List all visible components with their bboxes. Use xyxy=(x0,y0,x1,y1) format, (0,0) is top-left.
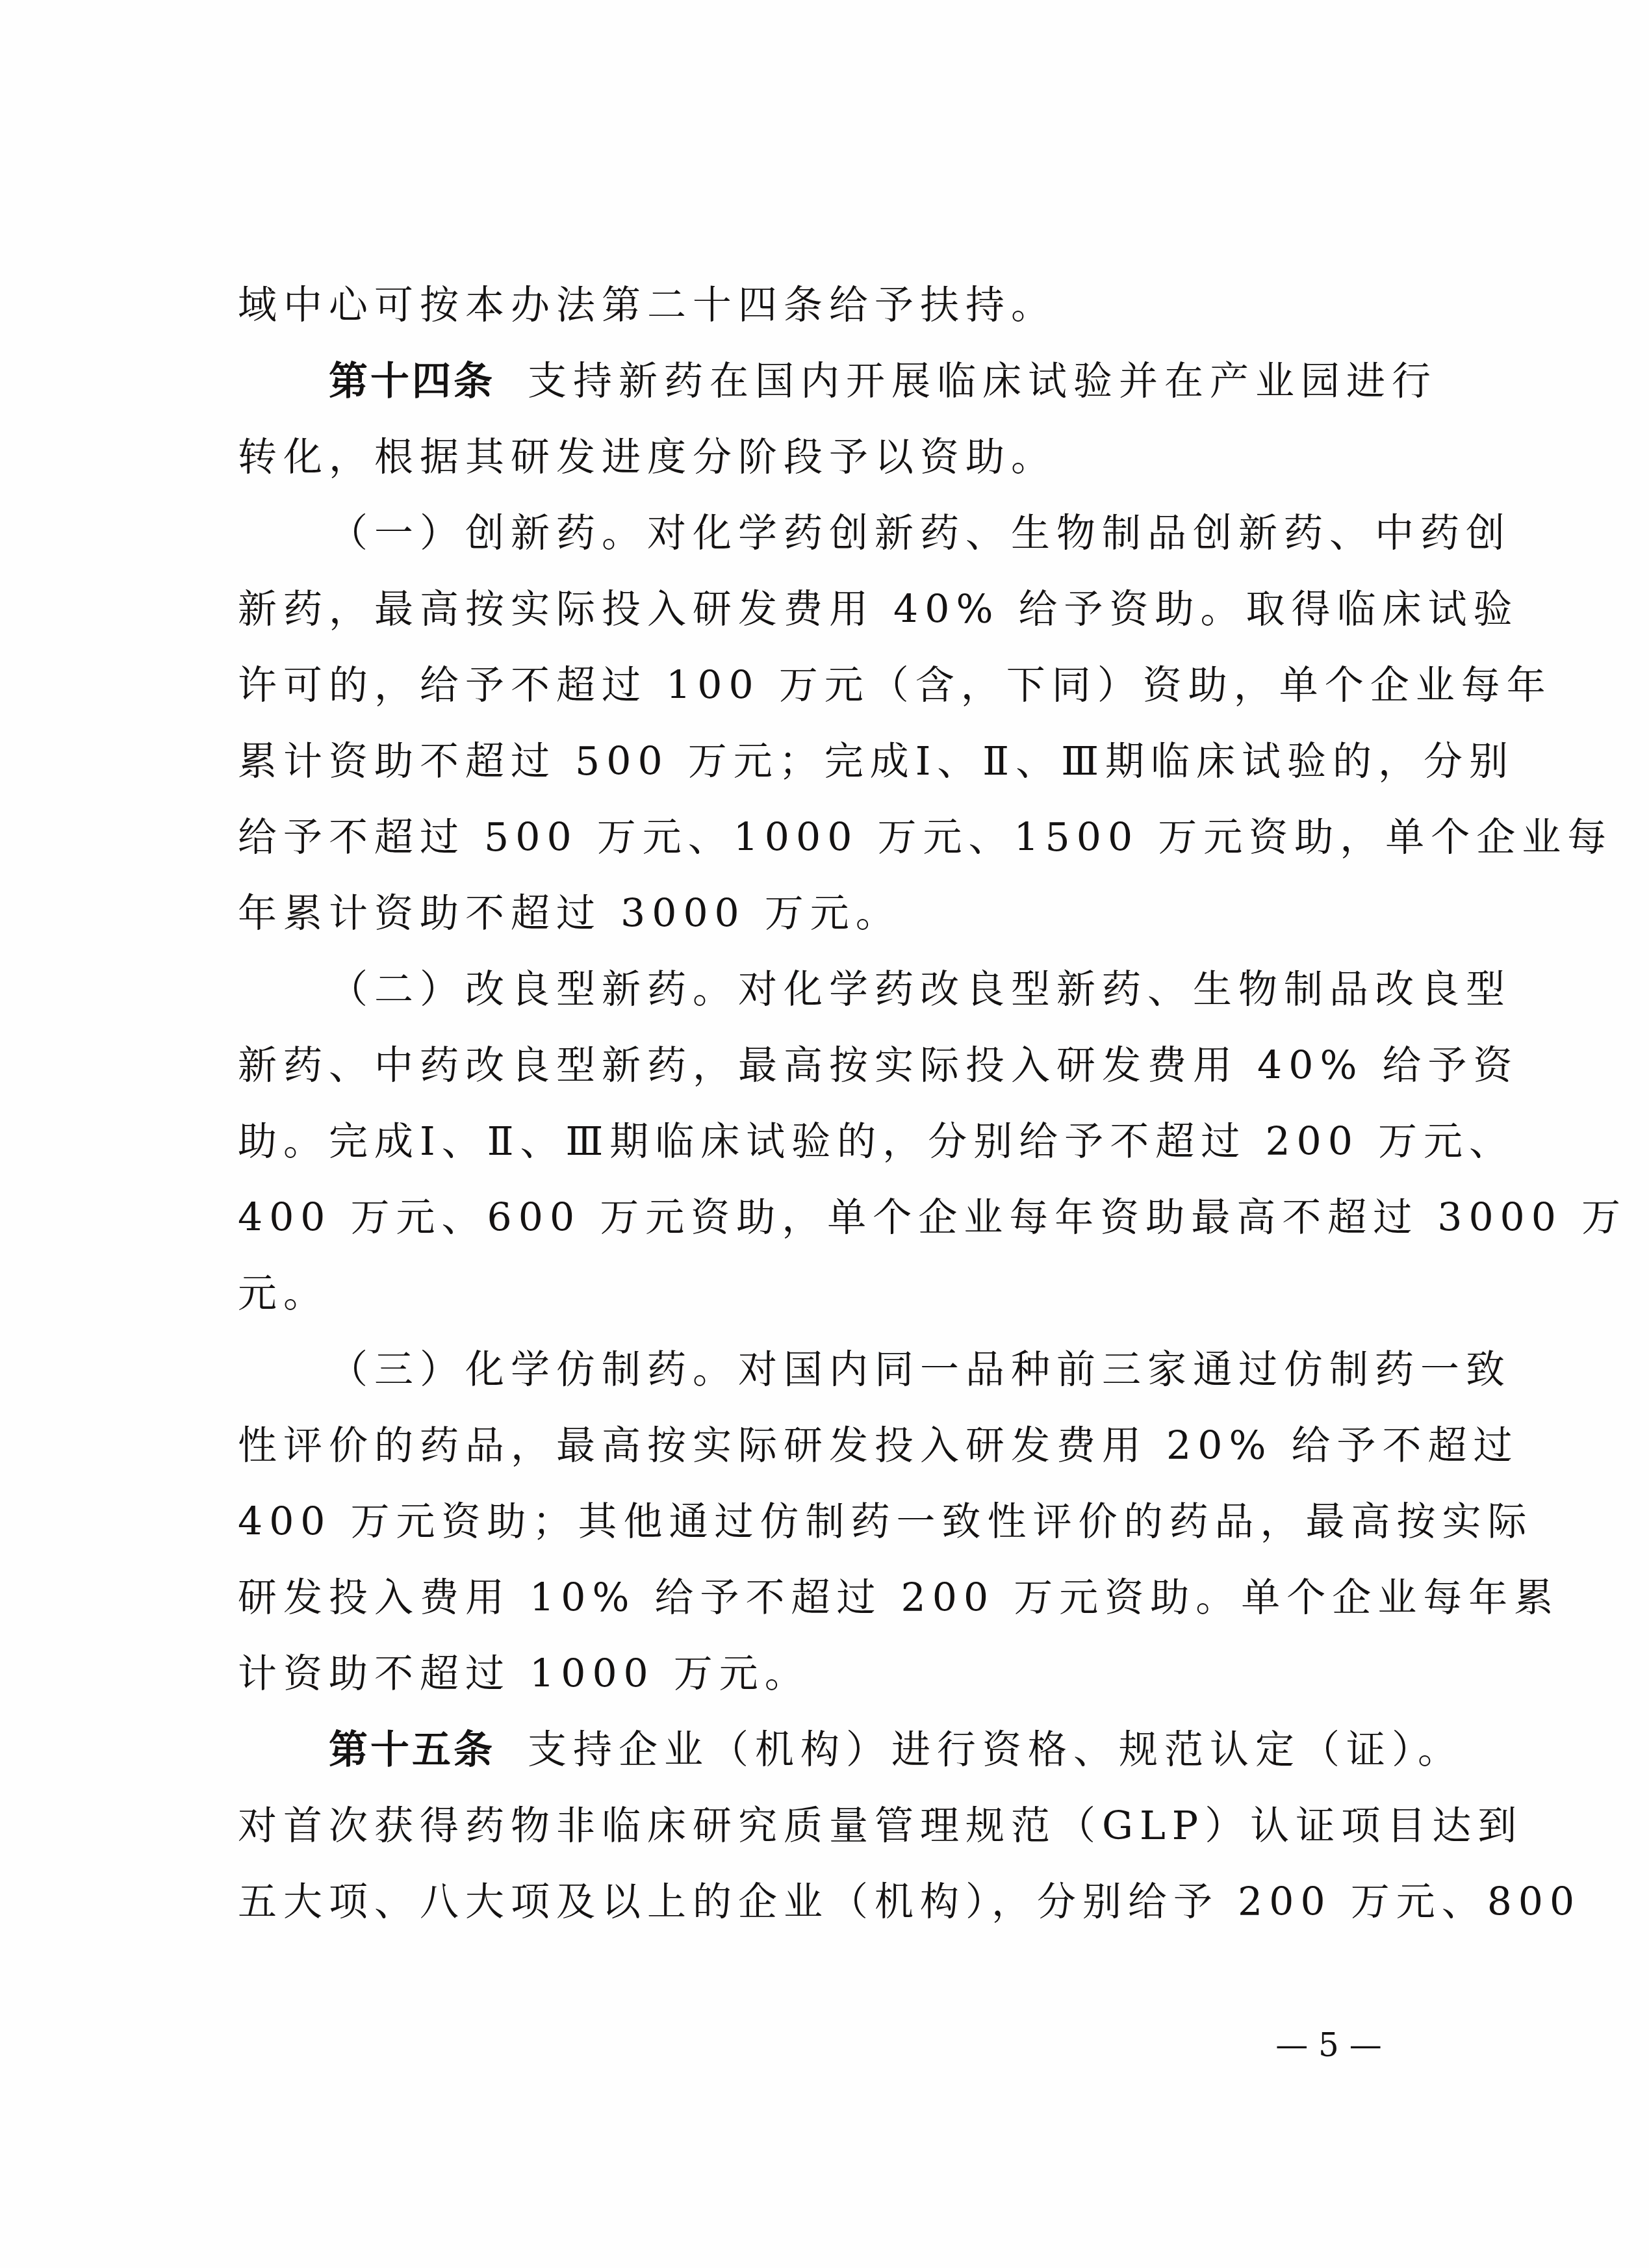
text-line: 研发投入费用 10% 给予不超过 200 万元资助。单个企业每年累 xyxy=(238,1560,1433,1636)
article-14-heading-line: 第十四条支持新药在国内开展临床试验并在产业园进行 xyxy=(238,344,1433,420)
clause-1-line: （一）创新药。对化学药创新药、生物制品创新药、中药创 xyxy=(238,496,1433,572)
line-text: 五大项、八大项及以上的企业（机构），分别给予 200 万元、800 xyxy=(238,1879,1581,1925)
body-text: 域中心可按本办法第二十四条给予扶持。 第十四条支持新药在国内开展临床试验并在产业… xyxy=(238,268,1433,1940)
line-text: 给予不超过 500 万元、1000 万元、1500 万元资助，单个企业每 xyxy=(238,815,1613,860)
line-text: 年累计资助不超过 3000 万元。 xyxy=(238,891,901,936)
line-text: 支持新药在国内开展临床试验并在产业园进行 xyxy=(528,359,1437,404)
text-line: 域中心可按本办法第二十四条给予扶持。 xyxy=(238,268,1433,344)
text-line: 转化，根据其研发进度分阶段予以资助。 xyxy=(238,420,1433,496)
line-text: 计资助不超过 1000 万元。 xyxy=(238,1651,810,1697)
text-line: 400 万元、600 万元资助，单个企业每年资助最高不超过 3000 万 xyxy=(238,1180,1433,1256)
text-line: 累计资助不超过 500 万元；完成Ⅰ、Ⅱ、Ⅲ期临床试验的，分别 xyxy=(238,724,1433,800)
line-text: 许可的，给予不超过 100 万元（含，下同）资助，单个企业每年 xyxy=(238,663,1552,708)
text-line: 五大项、八大项及以上的企业（机构），分别给予 200 万元、800 xyxy=(238,1864,1433,1940)
text-line: 性评价的药品，最高按实际研发投入研发费用 20% 给予不超过 xyxy=(238,1408,1433,1484)
line-text: 400 万元资助；其他通过仿制药一致性评价的药品，最高按实际 xyxy=(238,1499,1533,1545)
article-15-heading-line: 第十五条支持企业（机构）进行资格、规范认定（证）。 xyxy=(238,1712,1433,1788)
article-number: 第十五条 xyxy=(329,1727,495,1773)
line-text: 域中心可按本办法第二十四条给予扶持。 xyxy=(238,283,1056,328)
clause-3-line: （三）化学仿制药。对国内同一品种前三家通过仿制药一致 xyxy=(238,1332,1433,1408)
page-number: — 5 — xyxy=(1254,2022,1403,2068)
line-text: 400 万元、600 万元资助，单个企业每年资助最高不超过 3000 万 xyxy=(238,1195,1627,1241)
text-line: 元。 xyxy=(238,1256,1433,1332)
text-line: 计资助不超过 1000 万元。 xyxy=(238,1636,1433,1712)
line-text: （三）化学仿制药。对国内同一品种前三家通过仿制药一致 xyxy=(329,1347,1511,1393)
text-line: 助。完成Ⅰ、Ⅱ、Ⅲ期临床试验的，分别给予不超过 200 万元、 xyxy=(238,1104,1433,1180)
line-text: 研发投入费用 10% 给予不超过 200 万元资助。单个企业每年累 xyxy=(238,1575,1559,1621)
line-text: （二）改良型新药。对化学药改良型新药、生物制品改良型 xyxy=(329,967,1511,1012)
text-line: 400 万元资助；其他通过仿制药一致性评价的药品，最高按实际 xyxy=(238,1484,1433,1560)
line-text: 转化，根据其研发进度分阶段予以资助。 xyxy=(238,435,1056,480)
line-text: 对首次获得药物非临床研究质量管理规范（GLP）认证项目达到 xyxy=(238,1803,1523,1849)
line-text: 累计资助不超过 500 万元；完成Ⅰ、Ⅱ、Ⅲ期临床试验的，分别 xyxy=(238,739,1515,784)
line-text: 新药、中药改良型新药，最高按实际投入研发费用 40% 给予资 xyxy=(238,1043,1519,1089)
article-number: 第十四条 xyxy=(329,359,495,404)
text-line: 许可的，给予不超过 100 万元（含，下同）资助，单个企业每年 xyxy=(238,648,1433,724)
text-line: 年累计资助不超过 3000 万元。 xyxy=(238,876,1433,952)
line-text: 支持企业（机构）进行资格、规范认定（证）。 xyxy=(528,1727,1463,1773)
document-page: 域中心可按本办法第二十四条给予扶持。 第十四条支持新药在国内开展临床试验并在产业… xyxy=(0,0,1649,2268)
text-line: 新药，最高按实际投入研发费用 40% 给予资助。取得临床试验 xyxy=(238,572,1433,648)
text-line: 给予不超过 500 万元、1000 万元、1500 万元资助，单个企业每 xyxy=(238,800,1433,876)
line-text: （一）创新药。对化学药创新药、生物制品创新药、中药创 xyxy=(329,511,1511,556)
text-line: 对首次获得药物非临床研究质量管理规范（GLP）认证项目达到 xyxy=(238,1788,1433,1864)
line-text: 性评价的药品，最高按实际研发投入研发费用 20% 给予不超过 xyxy=(238,1423,1519,1469)
clause-2-line: （二）改良型新药。对化学药改良型新药、生物制品改良型 xyxy=(238,952,1433,1028)
line-text: 新药，最高按实际投入研发费用 40% 给予资助。取得临床试验 xyxy=(238,587,1519,632)
line-text: 助。完成Ⅰ、Ⅱ、Ⅲ期临床试验的，分别给予不超过 200 万元、 xyxy=(238,1119,1515,1165)
line-text: 元。 xyxy=(238,1271,329,1317)
text-line: 新药、中药改良型新药，最高按实际投入研发费用 40% 给予资 xyxy=(238,1028,1433,1104)
